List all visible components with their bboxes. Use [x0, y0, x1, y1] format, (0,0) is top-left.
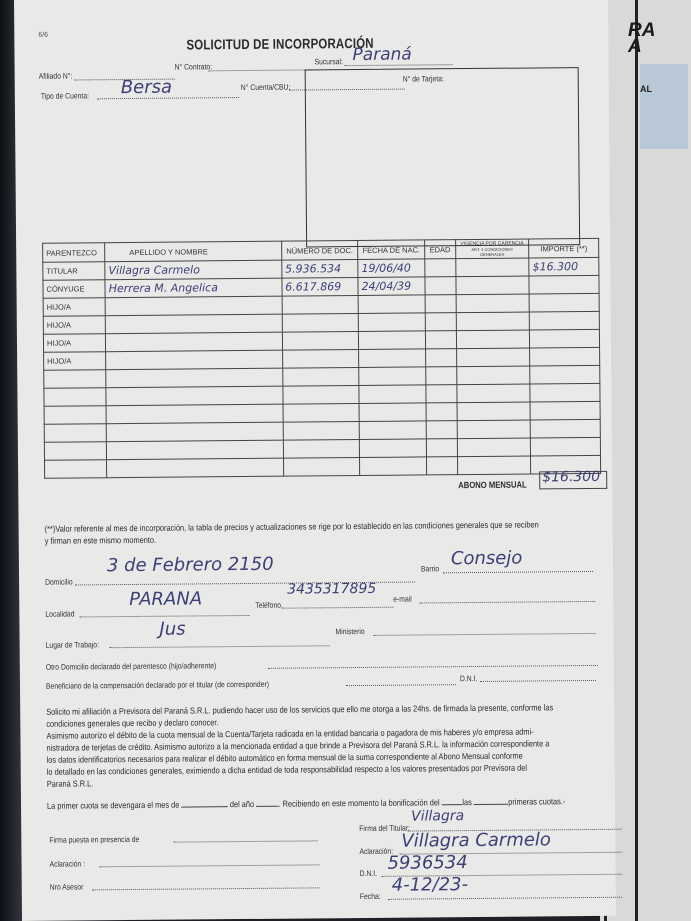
- fecha-label: Fecha:: [360, 892, 381, 901]
- members-table-body: TITULARVillagra Carmelo5.936.53419/06/40…: [43, 257, 601, 478]
- cell-importe[interactable]: [530, 419, 600, 438]
- cell-fecha[interactable]: 19/06/40: [358, 259, 425, 278]
- email-field[interactable]: [419, 601, 595, 604]
- cell-importe[interactable]: [530, 401, 600, 420]
- cell-edad[interactable]: [426, 331, 457, 349]
- table-row: [45, 455, 601, 478]
- cell-importe[interactable]: $16.300: [529, 257, 599, 276]
- cell-nombre[interactable]: [106, 404, 283, 424]
- asesor-field[interactable]: [92, 887, 320, 890]
- cell-vigencia[interactable]: [456, 294, 530, 313]
- cell-vigencia[interactable]: [456, 348, 530, 367]
- header-importe: IMPORTE (**): [529, 238, 599, 258]
- cell-importe[interactable]: [530, 329, 600, 348]
- cell-nombre[interactable]: [106, 440, 283, 460]
- cell-edad[interactable]: [426, 367, 457, 385]
- header-fecha: FECHA DE NAC.: [358, 240, 425, 260]
- abono-mensual-value: $16.300: [542, 469, 600, 486]
- application-form: 6/6 SOLICITUD DE INCORPORACIÓN Afiliado …: [14, 0, 616, 921]
- first-fee-line: La primer cuota se devengara el mes de d…: [47, 795, 565, 812]
- trabajo-field[interactable]: [110, 645, 330, 648]
- cell-doc[interactable]: 6.617.869: [282, 278, 359, 297]
- barrio-field[interactable]: [443, 571, 593, 573]
- beneficiario-field[interactable]: [346, 684, 456, 686]
- cell-importe[interactable]: [530, 383, 600, 402]
- footnote-line-2: y firman en este mismo momento.: [45, 534, 156, 547]
- cell-edad[interactable]: [426, 439, 457, 457]
- terms-line: Paraná S.R.L.: [47, 777, 94, 789]
- cell-parentezco: HIJO/A: [44, 352, 106, 371]
- cell-edad[interactable]: [426, 385, 457, 403]
- cell-doc[interactable]: 5.936.534: [281, 260, 358, 279]
- header-vigencia: VIGENCIA POR CARENCIA ART. 4 CONDICIONES…: [455, 239, 529, 259]
- cell-fecha[interactable]: [359, 403, 426, 422]
- contrato-field[interactable]: [209, 69, 313, 71]
- aclaracion-left-field[interactable]: [100, 864, 320, 867]
- otro-domicilio-label: Otro Domicilio declarado del parentesco …: [46, 661, 217, 671]
- afiliado-label: Afiliado N°:: [39, 71, 73, 80]
- cuotas-field[interactable]: [474, 804, 508, 805]
- presencia-label: Firma puesta en presencia de: [49, 835, 139, 845]
- cell-doc[interactable]: [282, 332, 359, 351]
- sucursal-value: Paraná: [352, 45, 411, 66]
- cuenta-cbu-label: N° Cuenta/CBU:: [241, 83, 291, 92]
- cell-importe[interactable]: [530, 347, 600, 366]
- cell-edad[interactable]: [425, 259, 456, 277]
- cell-importe[interactable]: [530, 365, 600, 384]
- header-doc: NÚMERO DE DOC.: [281, 241, 358, 261]
- abono-mensual-label: ABONO MENSUAL: [458, 480, 527, 491]
- first-fee-year-field[interactable]: [256, 806, 278, 807]
- members-table: PARENTEZCO APELLIDO Y NOMBRE NÚMERO DE D…: [42, 238, 601, 479]
- vigencia-subtitle: ART. 4 CONDICIONES GENERALES: [459, 246, 526, 257]
- first-fee-text-4: las: [462, 797, 472, 807]
- bonificacion-field[interactable]: [442, 804, 463, 805]
- cell-edad[interactable]: [426, 349, 457, 367]
- telefono-field[interactable]: [281, 607, 393, 609]
- cell-nombre[interactable]: [106, 350, 283, 370]
- cell-fecha[interactable]: 24/04/39: [358, 277, 425, 296]
- cell-parentezco: HIJO/A: [43, 316, 105, 335]
- cell-doc[interactable]: [283, 404, 360, 423]
- page-number: 6/6: [38, 32, 48, 39]
- sucursal-label: Sucursal:: [315, 57, 343, 66]
- cell-fecha[interactable]: [359, 367, 426, 386]
- cell-importe[interactable]: [529, 293, 599, 312]
- asesor-label: Nro Asesor: [50, 882, 84, 891]
- header-edad: EDAD: [425, 240, 456, 259]
- aclaracion-right-value: Villagra Carmelo: [401, 829, 551, 851]
- domicilio-label: Domicilio: [45, 578, 73, 587]
- header-parentezco: PARENTEZCO: [43, 243, 105, 263]
- cell-parentezco: HIJO/A: [43, 334, 105, 353]
- terms-line: Solicito mi afiliación a Previsora del P…: [46, 701, 553, 717]
- first-fee-text-3: . Recibiendo en este momento la bonifica…: [278, 797, 439, 808]
- cell-parentezco: CÓNYUGE: [43, 280, 105, 299]
- telefono-value: 3435317895: [287, 581, 376, 598]
- dni-beneficiario-field[interactable]: [480, 680, 596, 682]
- beneficiario-label: Beneficiario de la compensación declarad…: [46, 680, 269, 691]
- cell-vigencia[interactable]: [456, 276, 530, 295]
- cell-edad[interactable]: [425, 277, 456, 295]
- cell-nombre[interactable]: Herrera M. Angelica: [105, 278, 282, 298]
- telefono-label: Teléfono: [255, 601, 281, 610]
- tipo-cuenta-value: Bersa: [121, 77, 172, 98]
- cell-parentezco: [44, 442, 106, 461]
- cell-vigencia[interactable]: [456, 366, 530, 385]
- cell-edad[interactable]: [425, 295, 456, 313]
- cell-edad[interactable]: [427, 457, 458, 475]
- cell-parentezco: HIJO/A: [43, 298, 105, 317]
- cell-importe[interactable]: [529, 275, 599, 294]
- cell-nombre[interactable]: [106, 386, 283, 406]
- first-fee-text-1: La primer cuota se devengara el mes de: [47, 800, 179, 811]
- back-sheet-blue-box: [640, 64, 688, 149]
- cell-parentezco: [44, 388, 106, 407]
- cell-fecha[interactable]: [359, 349, 426, 368]
- ministerio-label: Ministerio: [335, 627, 364, 636]
- cell-nombre[interactable]: Villagra Carmelo: [105, 260, 282, 280]
- back-sheet-tag: AL: [640, 84, 652, 94]
- localidad-value: PARANA: [129, 588, 202, 610]
- cell-fecha[interactable]: [360, 457, 427, 476]
- cell-vigencia[interactable]: [456, 312, 530, 331]
- cell-vigencia[interactable]: [455, 258, 529, 277]
- cell-vigencia[interactable]: [457, 456, 531, 475]
- email-label: e-mail: [393, 595, 412, 604]
- cell-fecha[interactable]: [358, 313, 425, 332]
- cell-parentezco: TITULAR: [43, 262, 105, 281]
- cell-doc[interactable]: [282, 350, 359, 369]
- otro-domicilio-field[interactable]: [268, 665, 598, 669]
- cell-fecha[interactable]: [359, 331, 426, 350]
- cell-doc[interactable]: [282, 314, 359, 333]
- dni-titular-label: D.N.I.: [360, 869, 377, 878]
- cell-nombre[interactable]: [106, 332, 283, 352]
- cell-importe[interactable]: [529, 311, 599, 330]
- dni-beneficiario-label: D.N.I.: [460, 674, 477, 683]
- cell-parentezco: [44, 406, 106, 425]
- back-sheet-text: A: [628, 38, 642, 56]
- cell-nombre[interactable]: [106, 422, 283, 442]
- localidad-label: Localidad: [45, 609, 74, 618]
- cell-doc[interactable]: [283, 458, 360, 477]
- cell-parentezco: [44, 370, 106, 389]
- domicilio-value: 3 de Febrero 2150: [107, 554, 274, 576]
- cell-parentezco: [44, 424, 106, 443]
- contrato-label: N° Contrato:: [175, 62, 213, 71]
- barrio-value: Consejo: [451, 548, 523, 570]
- vigencia-title: VIGENCIA POR CARENCIA: [459, 241, 526, 247]
- cell-doc[interactable]: [283, 422, 360, 441]
- dni-titular-value: 5936534: [387, 852, 467, 874]
- cell-nombre[interactable]: [105, 314, 282, 334]
- cell-vigencia[interactable]: [457, 402, 531, 421]
- header-nombre: APELLIDO Y NOMBRE: [105, 241, 282, 262]
- cell-doc[interactable]: [283, 386, 360, 405]
- presencia-field[interactable]: [173, 840, 317, 842]
- cell-nombre[interactable]: [107, 458, 284, 478]
- card-box: [305, 67, 581, 247]
- firma-titular-value: Villagra: [411, 808, 464, 824]
- cell-vigencia[interactable]: [457, 420, 531, 439]
- sheet-edge: [635, 0, 638, 921]
- cell-vigencia[interactable]: [456, 330, 530, 349]
- cell-doc[interactable]: [283, 440, 360, 459]
- first-fee-text-5: primeras cuotas.-: [508, 796, 565, 806]
- cell-nombre[interactable]: [106, 368, 283, 388]
- first-fee-month-field[interactable]: [181, 806, 227, 807]
- form-title: SOLICITUD DE INCORPORACIÓN: [186, 35, 373, 53]
- cell-importe[interactable]: [531, 437, 601, 456]
- ministerio-field[interactable]: [374, 633, 596, 636]
- cell-edad[interactable]: [425, 313, 456, 331]
- cell-fecha[interactable]: [359, 439, 426, 458]
- cell-edad[interactable]: [426, 403, 457, 421]
- cell-parentezco: [45, 460, 107, 479]
- trabajo-value: Jus: [159, 619, 185, 640]
- cell-fecha[interactable]: [358, 295, 425, 314]
- tipo-cuenta-label: Tipo de Cuenta:: [41, 91, 89, 100]
- cell-vigencia[interactable]: [457, 438, 531, 457]
- barrio-label: Barrio: [421, 564, 439, 573]
- localidad-field[interactable]: [79, 615, 249, 617]
- trabajo-label: Lugar de Trabajo:: [46, 640, 99, 649]
- cell-edad[interactable]: [426, 421, 457, 439]
- first-fee-text-2: del año: [230, 799, 254, 809]
- cell-doc[interactable]: [282, 368, 359, 387]
- footnote-line-1: (**)Valor referente al mes de incorporac…: [45, 518, 539, 534]
- fecha-value: 4-12/23-: [392, 874, 469, 896]
- cell-vigencia[interactable]: [456, 384, 530, 403]
- aclaracion-left-label: Aclaración :: [50, 859, 86, 868]
- fecha-field[interactable]: [388, 897, 622, 900]
- cell-doc[interactable]: [282, 296, 359, 315]
- cell-nombre[interactable]: [105, 296, 282, 316]
- cell-fecha[interactable]: [359, 385, 426, 404]
- cell-fecha[interactable]: [359, 421, 426, 440]
